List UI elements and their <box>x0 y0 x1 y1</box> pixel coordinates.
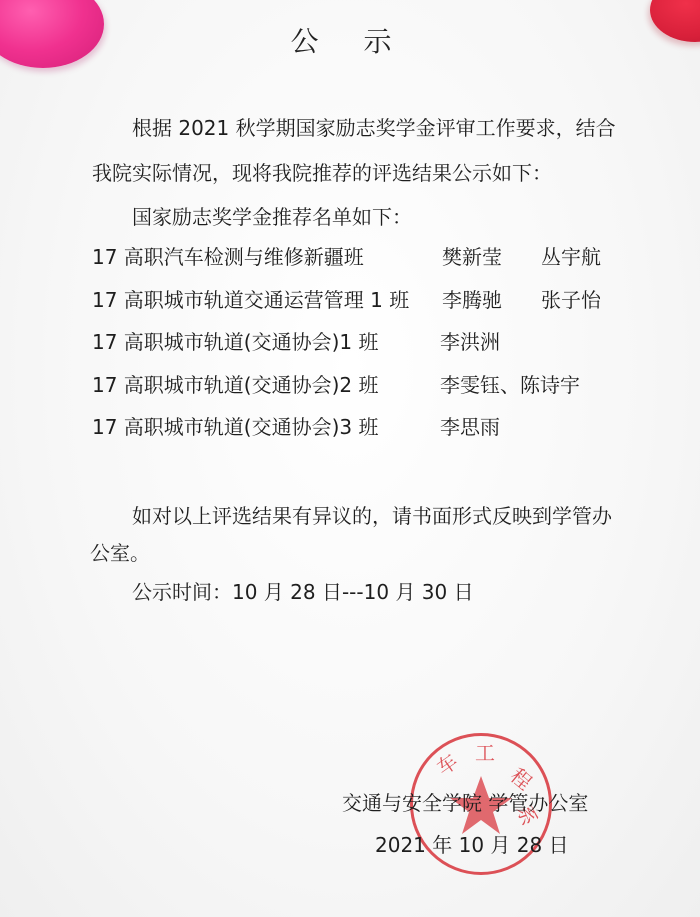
list-heading: 国家励志奖学金推荐名单如下： <box>132 207 412 227</box>
objection-line-2: 公室。 <box>90 543 150 563</box>
intro-line-2: 我院实际情况，现将我院推荐的评选结果公示如下： <box>92 163 552 183</box>
list-item-student: 李腾驰 <box>442 290 502 310</box>
svg-text:车: 车 <box>432 749 462 780</box>
list-item-student: 丛宇航 <box>541 247 601 267</box>
list-item-student: 李洪洲 <box>440 332 500 352</box>
list-item-student: 樊新莹 <box>442 247 502 267</box>
signature-organization: 交通与安全学院 学管办公室 <box>342 787 588 816</box>
list-item-student: 张子怡 <box>541 290 601 310</box>
intro-line-1: 根据 2021 秋学期国家励志奖学金评审工作要求，结合 <box>132 118 616 138</box>
list-item-student: 李思雨 <box>440 417 500 437</box>
document-page: 公 示 根据 2021 秋学期国家励志奖学金评审工作要求，结合 我院实际情况，现… <box>0 0 700 917</box>
list-item-class: 17 高职城市轨道(交通协会)3 班 <box>92 417 379 437</box>
list-item-class: 17 高职城市轨道交通运营管理 1 班 <box>92 290 409 310</box>
signature-date: 2021 年 10 月 28 日 <box>375 829 569 858</box>
publicity-period: 公示时间：10 月 28 日---10 月 30 日 <box>132 582 474 602</box>
list-item-class: 17 高职汽车检测与维修新疆班 <box>92 247 364 267</box>
svg-text:工: 工 <box>475 741 495 765</box>
list-item-student: 李雯钰、陈诗宇 <box>440 375 580 395</box>
objection-line-1: 如对以上评选结果有异议的，请书面形式反映到学管办 <box>132 506 612 526</box>
document-title: 公 示 <box>0 20 700 60</box>
list-item-class: 17 高职城市轨道(交通协会)1 班 <box>92 332 379 352</box>
list-item-class: 17 高职城市轨道(交通协会)2 班 <box>92 375 379 395</box>
